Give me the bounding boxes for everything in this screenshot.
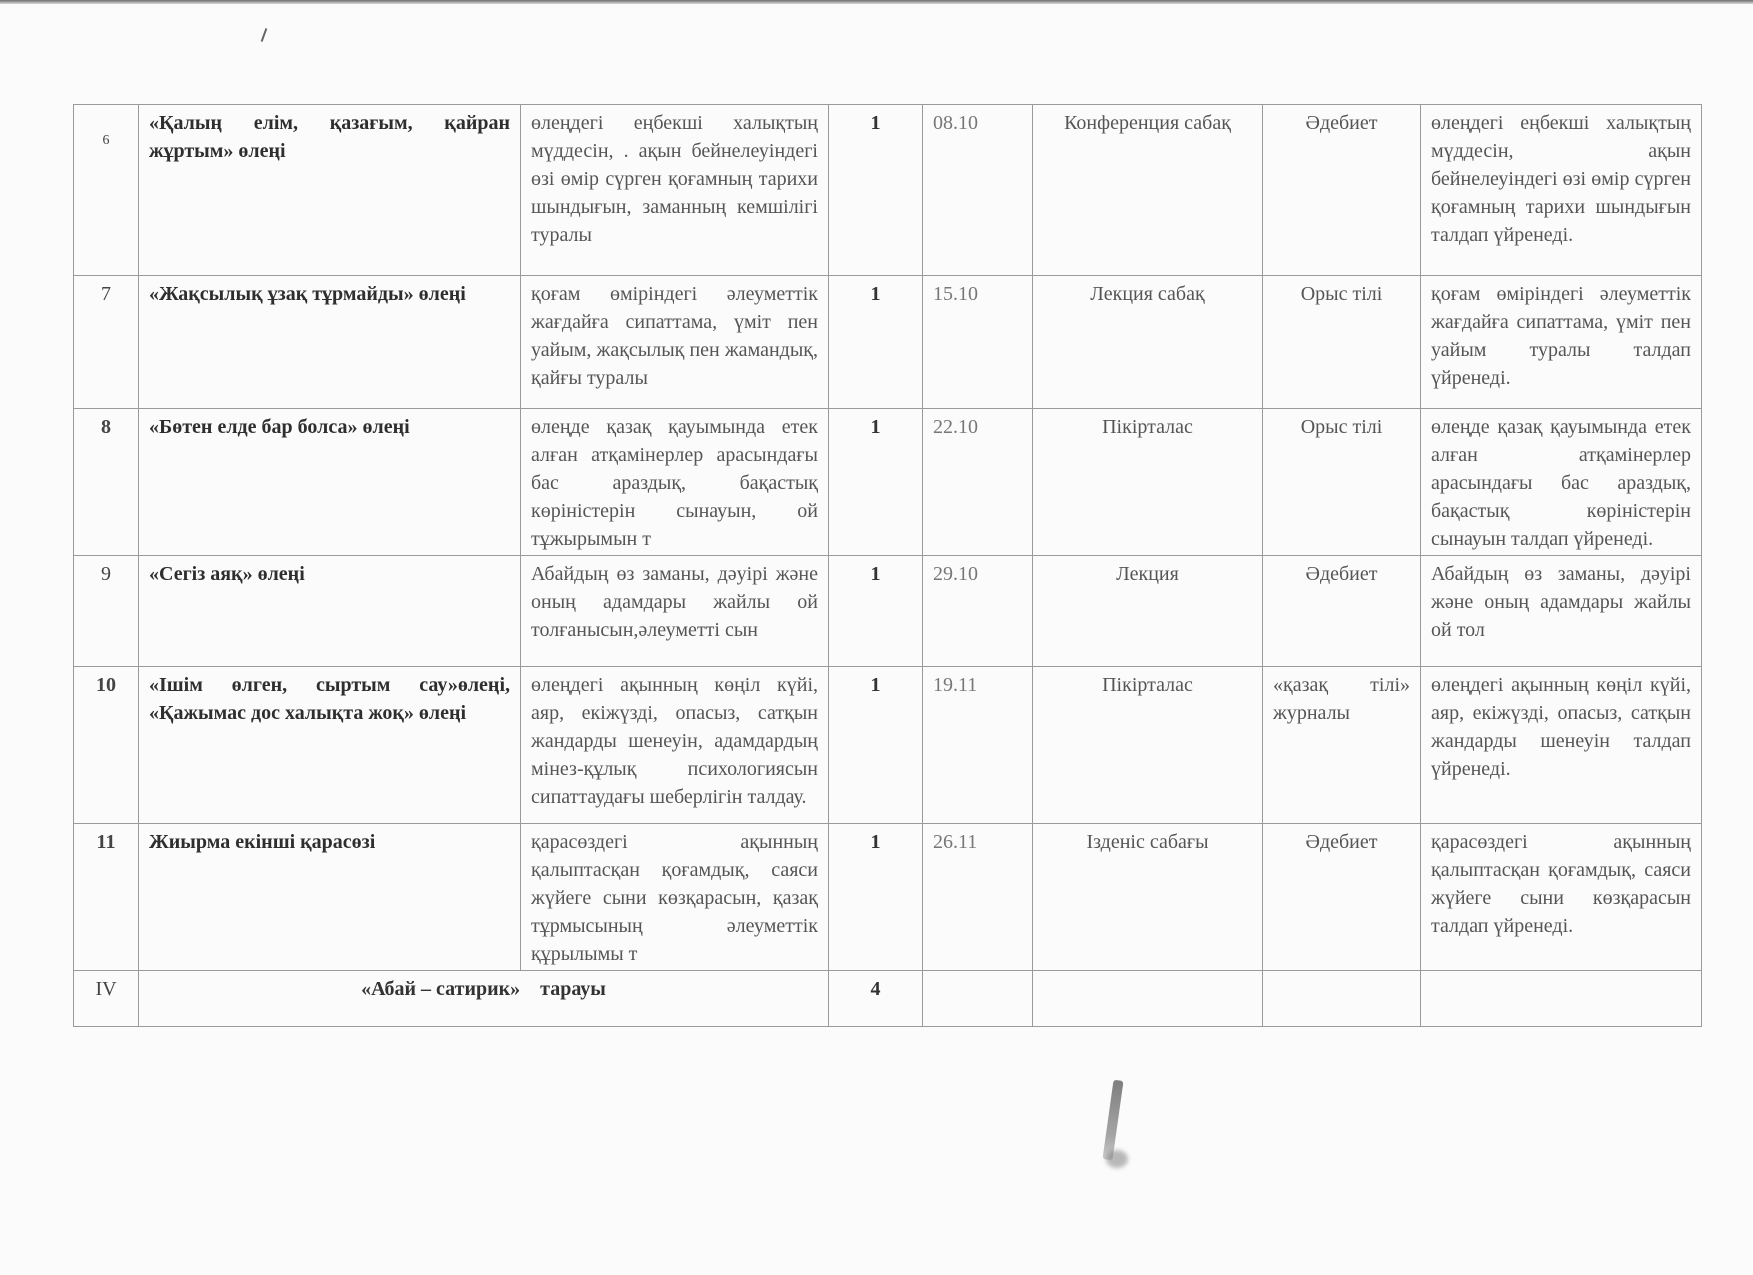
learning-outcome: өлеңдегі еңбекші халықтың мүддесін, ақын…: [1421, 105, 1702, 276]
lesson-type: Лекция: [1033, 556, 1263, 667]
lesson-plan-table: 6 «Қалың елім, қазағым, қайран жұртым» ө…: [73, 104, 1702, 1027]
lesson-date: 08.10: [923, 105, 1033, 276]
section-row: IV «Абай – сатирик» тарауы 4: [74, 971, 1702, 1027]
section-title: «Абай – сатирик» тарауы: [139, 971, 829, 1027]
row-number: 8: [74, 409, 139, 556]
lesson-title: «Қалың елім, қазағым, қайран жұртым» өле…: [139, 105, 521, 276]
lesson-hours: 1: [829, 105, 923, 276]
lesson-type: Пікірталас: [1033, 409, 1263, 556]
lesson-date: 22.10: [923, 409, 1033, 556]
subject-connection: Орыс тілі: [1263, 409, 1421, 556]
lesson-title: «Сегіз аяқ» өлеңі: [139, 556, 521, 667]
learning-outcome: өлеңдегі ақынның көңіл күйі, аяр, екіжүз…: [1421, 667, 1702, 824]
lesson-hours: 1: [829, 824, 923, 971]
empty-cell: [1421, 971, 1702, 1027]
lesson-date: 15.10: [923, 276, 1033, 409]
lesson-type: Пікірталас: [1033, 667, 1263, 824]
lesson-date: 29.10: [923, 556, 1033, 667]
row-number: 7: [74, 276, 139, 409]
lesson-type: Конференция сабақ: [1033, 105, 1263, 276]
learning-outcome: қарасөздегі ақынның қалыптасқан қоғамдық…: [1421, 824, 1702, 971]
row-number: 9: [74, 556, 139, 667]
lesson-hours: 1: [829, 276, 923, 409]
lesson-hours: 1: [829, 556, 923, 667]
row-number: 6: [74, 105, 139, 276]
row-number: 10: [74, 667, 139, 824]
section-hours: 4: [829, 971, 923, 1027]
ink-smudge: [1102, 1080, 1123, 1161]
lesson-hours: 1: [829, 409, 923, 556]
empty-cell: [1263, 971, 1421, 1027]
ink-smudge: [1106, 1150, 1128, 1168]
lesson-type: Ізденіс сабағы: [1033, 824, 1263, 971]
empty-cell: [1033, 971, 1263, 1027]
subject-connection: Әдебиет: [1263, 824, 1421, 971]
table-row: 10 «Ішім өлген, сыртым сау»өлеңі, «Қажым…: [74, 667, 1702, 824]
section-number: IV: [74, 971, 139, 1027]
lesson-objective: қарасөздегі ақынның қалыптасқан қоғамдық…: [521, 824, 829, 971]
lesson-title: «Жақсылық ұзақ тұрмайды» өлеңі: [139, 276, 521, 409]
table-row: 9 «Сегіз аяқ» өлеңі Абайдың өз заманы, д…: [74, 556, 1702, 667]
learning-outcome: қоғам өміріндегі әлеуметтік жағдайға сип…: [1421, 276, 1702, 409]
lesson-objective: өлеңдегі еңбекші халықтың мүддесін, . ақ…: [521, 105, 829, 276]
table-row: 6 «Қалың елім, қазағым, қайран жұртым» ө…: [74, 105, 1702, 276]
table-row: 11 Жиырма екінші қарасөзі қарасөздегі ақ…: [74, 824, 1702, 971]
lesson-objective: қоғам өміріндегі әлеуметтік жағдайға сип…: [521, 276, 829, 409]
scan-edge: [0, 0, 1753, 4]
subject-connection: Әдебиет: [1263, 105, 1421, 276]
lesson-title: «Ішім өлген, сыртым сау»өлеңі, «Қажымас …: [139, 667, 521, 824]
subject-connection: Орыс тілі: [1263, 276, 1421, 409]
subject-connection: Әдебиет: [1263, 556, 1421, 667]
lesson-hours: 1: [829, 667, 923, 824]
lesson-objective: өлеңдегі ақынның көңіл күйі, аяр, екіжүз…: [521, 667, 829, 824]
table-row: 7 «Жақсылық ұзақ тұрмайды» өлеңі қоғам ө…: [74, 276, 1702, 409]
row-number: 11: [74, 824, 139, 971]
learning-outcome: өлеңде қазақ қауымында етек алған атқамі…: [1421, 409, 1702, 556]
lesson-date: 26.11: [923, 824, 1033, 971]
learning-outcome: Абайдың өз заманы, дәуірі және оның адам…: [1421, 556, 1702, 667]
subject-connection: «қазақ тілі» журналы: [1263, 667, 1421, 824]
lesson-title: Жиырма екінші қарасөзі: [139, 824, 521, 971]
lesson-type: Лекция сабақ: [1033, 276, 1263, 409]
empty-cell: [923, 971, 1033, 1027]
lesson-objective: өлеңде қазақ қауымында етек алған атқамі…: [521, 409, 829, 556]
table-row: 8 «Бөтен елде бар болса» өлеңі өлеңде қа…: [74, 409, 1702, 556]
lesson-date: 19.11: [923, 667, 1033, 824]
lesson-objective: Абайдың өз заманы, дәуірі және оның адам…: [521, 556, 829, 667]
lesson-title: «Бөтен елде бар болса» өлеңі: [139, 409, 521, 556]
scan-mark: [261, 28, 268, 42]
